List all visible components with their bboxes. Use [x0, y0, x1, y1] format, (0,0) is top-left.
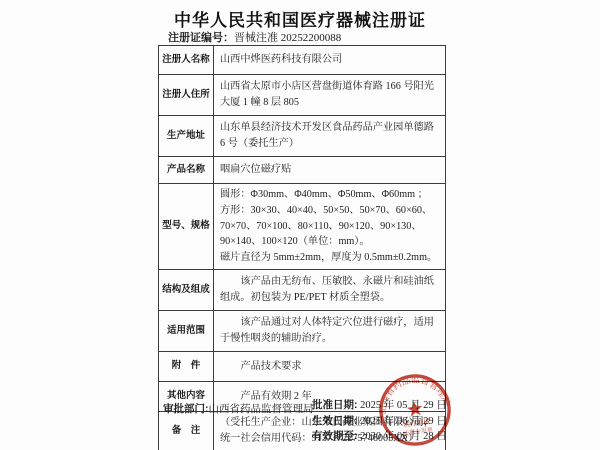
registration-number-value: 晋械注准 20252200088 — [234, 32, 341, 44]
row-label: 型号、规格 — [159, 184, 214, 269]
table-row: 注册人名称 山西中烨医药科技有限公司 — [159, 46, 445, 75]
table-row: 附 件 产品技术要求 — [159, 352, 445, 382]
approval-department-value: 山西省药品监督管理局 — [209, 404, 314, 415]
table-row: 注册人住所 山西省太原市小店区营盘街道体育路 166 号阳光大厦 1 幢 8 层… — [159, 75, 445, 116]
approval-date-value: 2025 年 05 月 29 日 — [360, 400, 447, 411]
row-label: 结构及组成 — [159, 270, 214, 310]
row-value: 咽扁穴位磁疗贴 — [214, 157, 445, 183]
row-label: 注册人住所 — [159, 75, 214, 115]
table-row: 型号、规格 圆形：Φ30mm、Φ40mm、Φ50mm、Φ60mm ； 方形：30… — [159, 184, 445, 270]
expiry-date-value: 2030 年 05 月 28 日 — [360, 431, 447, 442]
row-label: 产品名称 — [159, 157, 214, 183]
registration-number-line: 注册证编号：晋械注准 20252200088 — [168, 29, 341, 45]
row-label: 注册人名称 — [159, 46, 214, 74]
effective-date-line: 生效日期: 2025 年 06 月 29 日 — [312, 414, 447, 430]
row-value: 该产品由无纺布、压敏胶、永磁片和硅油纸组成。初包装为 PE/PET 材质全塑袋。 — [214, 270, 445, 310]
row-label: 附 件 — [159, 352, 214, 381]
row-value: 该产品通过对人体特定穴位进行磁疗，适用于慢性咽炎的辅助治疗。 — [214, 311, 445, 351]
effective-date-value: 2025 年 06 月 29 日 — [360, 416, 447, 427]
expiry-date-label: 有效期至: — [312, 430, 358, 442]
expiry-date-line: 有效期至: 2030 年 05 月 28 日 — [312, 429, 447, 445]
effective-date-label: 生效日期: — [312, 415, 358, 427]
row-label: 备 注 — [159, 412, 214, 450]
table-row: 结构及组成 该产品由无纺布、压敏胶、永磁片和硅油纸组成。初包装为 PE/PET … — [159, 270, 445, 311]
approval-date-label: 批准日期: — [312, 399, 358, 411]
table-row: 生产地址 山东单县经济技术开发区食品药品产业园单德路 6 号（委托生产） — [159, 116, 445, 157]
row-label: 生产地址 — [159, 116, 214, 156]
row-value: 山东单县经济技术开发区食品药品产业园单德路 6 号（委托生产） — [214, 116, 445, 156]
row-label: 适用范围 — [159, 311, 214, 351]
row-value: 山西省太原市小店区营盘街道体育路 166 号阳光大厦 1 幢 8 层 805 — [214, 75, 445, 115]
table-row: 产品名称 咽扁穴位磁疗贴 — [159, 157, 445, 184]
row-value: 圆形：Φ30mm、Φ40mm、Φ50mm、Φ60mm ； 方形：30×30、40… — [214, 184, 445, 269]
certificate-page: 中华人民共和国医疗器械注册证 注册证编号：晋械注准 20252200088 注册… — [0, 0, 600, 450]
certificate-table: 注册人名称 山西中烨医药科技有限公司 注册人住所 山西省太原市小店区营盘街道体育… — [158, 45, 446, 450]
approval-department-line: 审批部门:山西省药品监督管理局 — [163, 401, 314, 416]
certificate-title: 中华人民共和国医疗器械注册证 — [140, 6, 460, 31]
date-block: 批准日期: 2025 年 05 月 29 日 生效日期: 2025 年 06 月… — [312, 398, 447, 445]
registration-number-label: 注册证编号： — [168, 32, 234, 44]
approval-department-label: 审批部门: — [163, 403, 209, 415]
row-value: 产品技术要求 — [214, 352, 445, 381]
approval-date-line: 批准日期: 2025 年 05 月 29 日 — [312, 398, 447, 414]
row-value: 山西中烨医药科技有限公司 — [214, 46, 445, 74]
table-row: 适用范围 该产品通过对人体特定穴位进行磁疗，适用于慢性咽炎的辅助治疗。 — [159, 311, 445, 352]
